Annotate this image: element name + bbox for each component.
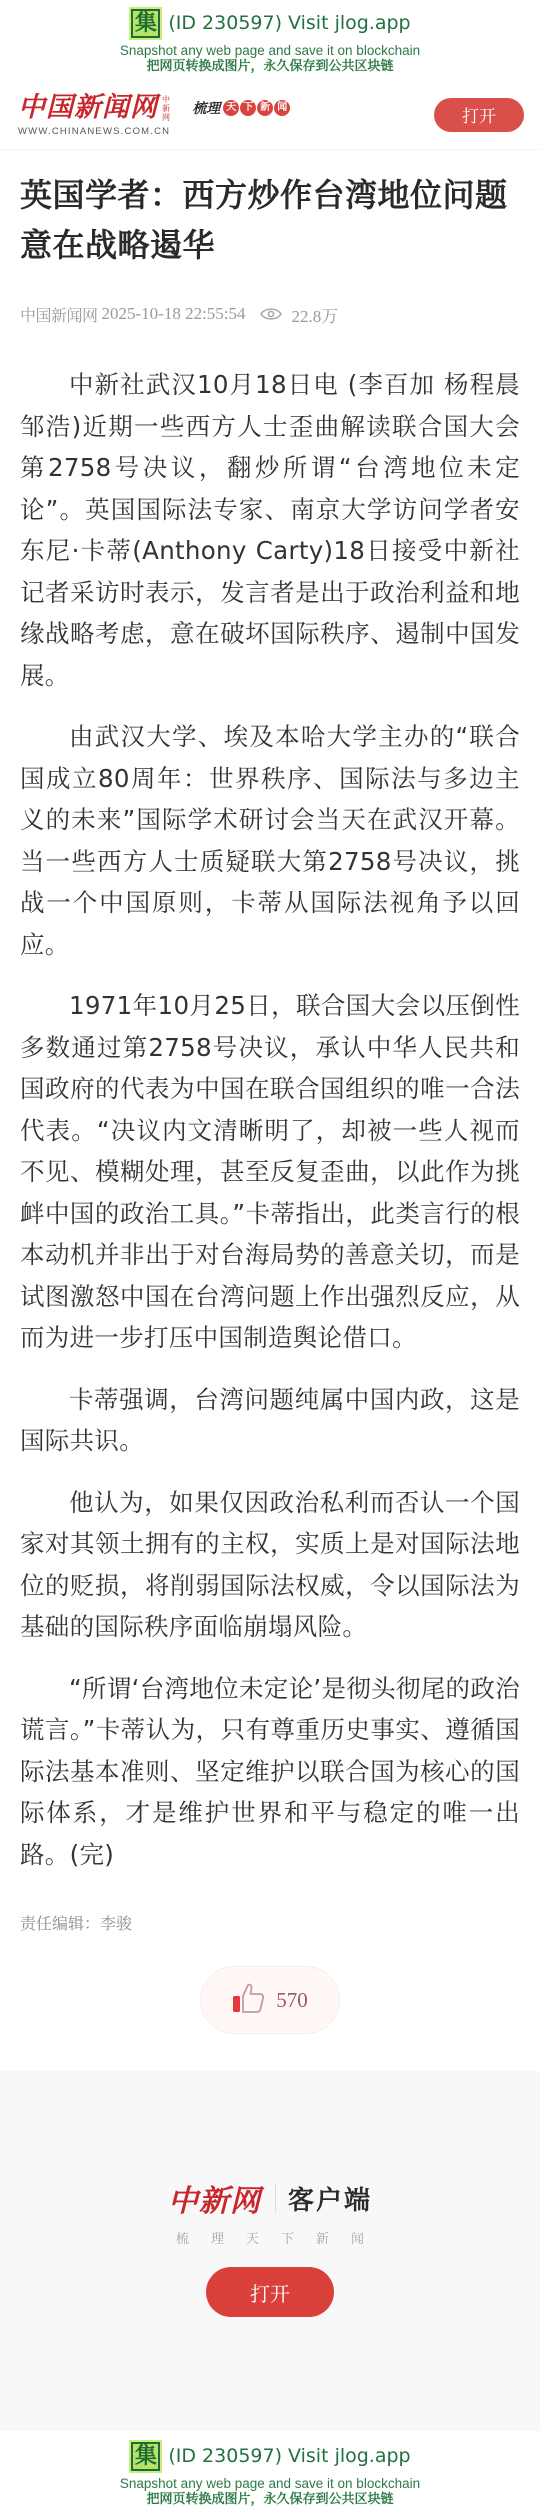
- watermark-banner-bottom: 集 (ID 230597) Visit jlog.app Snapshot an…: [0, 2431, 540, 2509]
- view-count: 22.8万: [292, 302, 339, 327]
- eye-icon: [260, 307, 282, 321]
- article-body: 中新社武汉10月18日电 (李百加 杨程晨 邹浩)近期一些西方人士歪曲解读联合国…: [20, 364, 520, 1875]
- watermark-title[interactable]: (ID 230597) Visit jlog.app: [168, 12, 410, 34]
- logo-mini-text: 中 新 网: [162, 95, 170, 122]
- article-paragraph: 卡蒂强调，台湾问题纯属中国内政，这是国际共识。: [20, 1379, 520, 1462]
- promo-open-app-button[interactable]: 打开: [206, 2267, 334, 2317]
- jlog-logo-icon: 集: [129, 7, 162, 40]
- divider: [275, 2183, 276, 2213]
- article-paragraph: 中新社武汉10月18日电 (李百加 杨程晨 邹浩)近期一些西方人士歪曲解读联合国…: [20, 364, 520, 696]
- watermark-banner-top: 集 (ID 230597) Visit jlog.app Snapshot an…: [0, 0, 540, 80]
- logo-url: WWW.CHINANEWS.COM.CN: [18, 126, 170, 137]
- article-paragraph: “所谓‘台湾地位未定论’是彻头彻尾的政治谎言。”卡蒂认为，只有尊重历史事实、遵循…: [20, 1668, 520, 1876]
- promo-brand: 中新网: [168, 2176, 261, 2220]
- slogan-circle-char: 闻: [274, 100, 290, 116]
- watermark-subtitle-en: Snapshot any web page and save it on blo…: [0, 2476, 540, 2492]
- like-count: 570: [276, 1988, 308, 2013]
- like-button[interactable]: 570: [200, 1966, 340, 2034]
- promo-logo: 中新网 客户端: [168, 2176, 372, 2220]
- article-paragraph: 由武汉大学、埃及本哈大学主办的“联合国成立80周年：世界秩序、国际法与多边主义的…: [20, 716, 520, 965]
- jlog-logo-icon: 集: [129, 2440, 162, 2473]
- article-source: 中国新闻网: [20, 303, 98, 326]
- header-slogan: 梳理 天 下 新 闻: [192, 98, 290, 118]
- article-paragraph: 1971年10月25日，联合国大会以压倒性多数通过第2758号决议，承认中华人民…: [20, 985, 520, 1359]
- promo-slogan: 梳 理 天 下 新 闻: [176, 2228, 364, 2247]
- watermark-subtitle-zh: 把网页转换成图片，永久保存到公共区块链: [0, 59, 540, 75]
- article-paragraph: 他认为，如果仅因政治私利而否认一个国家对其领土拥有的主权，实质上是对国际法地位的…: [20, 1482, 520, 1648]
- article-meta: 中国新闻网 2025-10-18 22:55:54 22.8万: [20, 300, 520, 328]
- open-app-button[interactable]: 打开: [434, 98, 524, 132]
- slogan-circle-char: 新: [257, 100, 273, 116]
- watermark-subtitle-zh: 把网页转换成图片，永久保存到公共区块链: [0, 2492, 540, 2508]
- slogan-calligraphy: 梳理: [192, 98, 220, 118]
- thumbs-up-icon: [232, 1982, 266, 2018]
- app-promo: 中新网 客户端 梳 理 天 下 新 闻 打开: [0, 2071, 540, 2431]
- chinanews-logo[interactable]: 中国新闻网 中 新 网 WWW.CHINANEWS.COM.CN: [18, 92, 170, 137]
- article-datetime: 2025-10-18 22:55:54: [102, 304, 246, 324]
- slogan-circle-char: 天: [223, 100, 239, 116]
- logo-text: 中国新闻网: [18, 92, 158, 124]
- article: 英国学者：西方炒作台湾地位问题意在战略遏华 中国新闻网 2025-10-18 2…: [0, 170, 540, 2034]
- watermark-title[interactable]: (ID 230597) Visit jlog.app: [168, 2445, 410, 2467]
- site-header: 中国新闻网 中 新 网 WWW.CHINANEWS.COM.CN 梳理 天 下 …: [0, 80, 540, 150]
- article-title: 英国学者：西方炒作台湾地位问题意在战略遏华: [20, 170, 520, 270]
- watermark-subtitle-en: Snapshot any web page and save it on blo…: [0, 43, 540, 59]
- responsible-editor: 责任编辑：李骏: [20, 1911, 520, 1934]
- promo-app-label: 客户端: [288, 2180, 372, 2217]
- slogan-circle-char: 下: [240, 100, 256, 116]
